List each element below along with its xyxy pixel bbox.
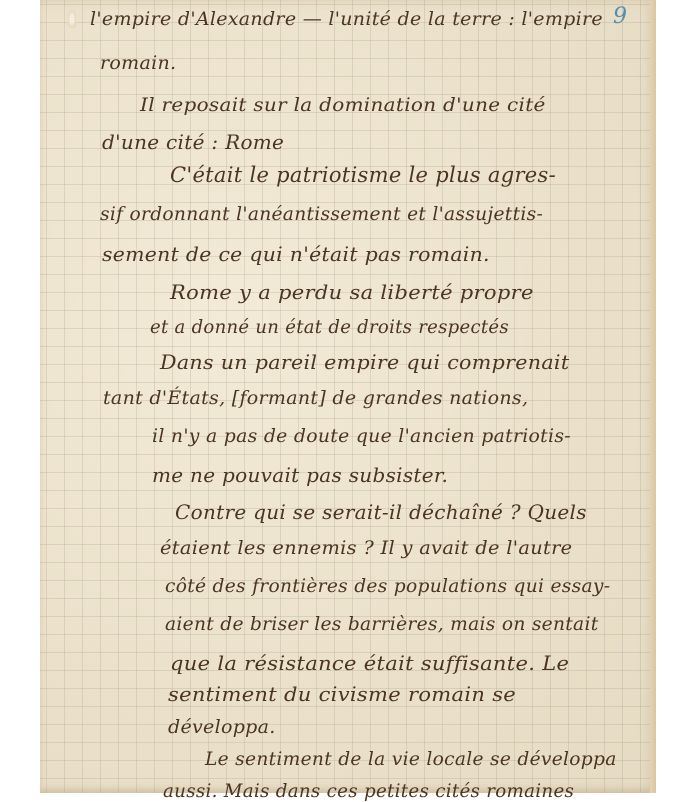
text-line: développa. <box>168 716 276 738</box>
text-line: Contre qui se serait-il déchaîné ? Quels <box>175 500 587 524</box>
text-line: Le sentiment de la vie locale se dévelop… <box>205 748 617 770</box>
text-line: Dans un pareil empire qui comprenait <box>160 350 569 374</box>
text-line: d'une cité : Rome <box>102 130 284 154</box>
text-line: aussi. Mais dans ces petites cités romai… <box>163 780 574 800</box>
text-line: aient de briser les barrières, mais on s… <box>165 613 598 635</box>
text-line: sif ordonnant l'anéantissement et l'assu… <box>100 203 543 225</box>
text-line: côté des frontières des populations qui … <box>165 575 610 597</box>
text-line: me ne pouvait pas subsister. <box>152 463 448 487</box>
paper-indentation-mark <box>68 10 76 28</box>
text-line: il n'y a pas de doute que l'ancien patri… <box>152 425 571 447</box>
text-line: C'était le patriotisme le plus agres- <box>170 163 556 187</box>
text-line: étaient les ennemis ? Il y avait de l'au… <box>160 537 572 559</box>
text-line: Rome y a perdu sa liberté propre <box>170 280 534 304</box>
text-line: sentiment du civisme romain se <box>168 682 516 706</box>
text-line: sement de ce qui n'était pas romain. <box>102 242 490 266</box>
text-line: l'empire d'Alexandre — l'unité de la ter… <box>90 8 603 30</box>
text-line: et a donné un état de droits respectés <box>150 316 509 338</box>
paper-edge <box>650 0 656 793</box>
page-number: 9 <box>613 4 627 29</box>
text-line: romain. <box>100 52 176 74</box>
text-line: Il reposait sur la domination d'une cité <box>140 94 546 116</box>
text-line: que la résistance était suffisante. Le <box>170 651 569 675</box>
text-line: tant d'États, [formant] de grandes natio… <box>103 387 528 409</box>
